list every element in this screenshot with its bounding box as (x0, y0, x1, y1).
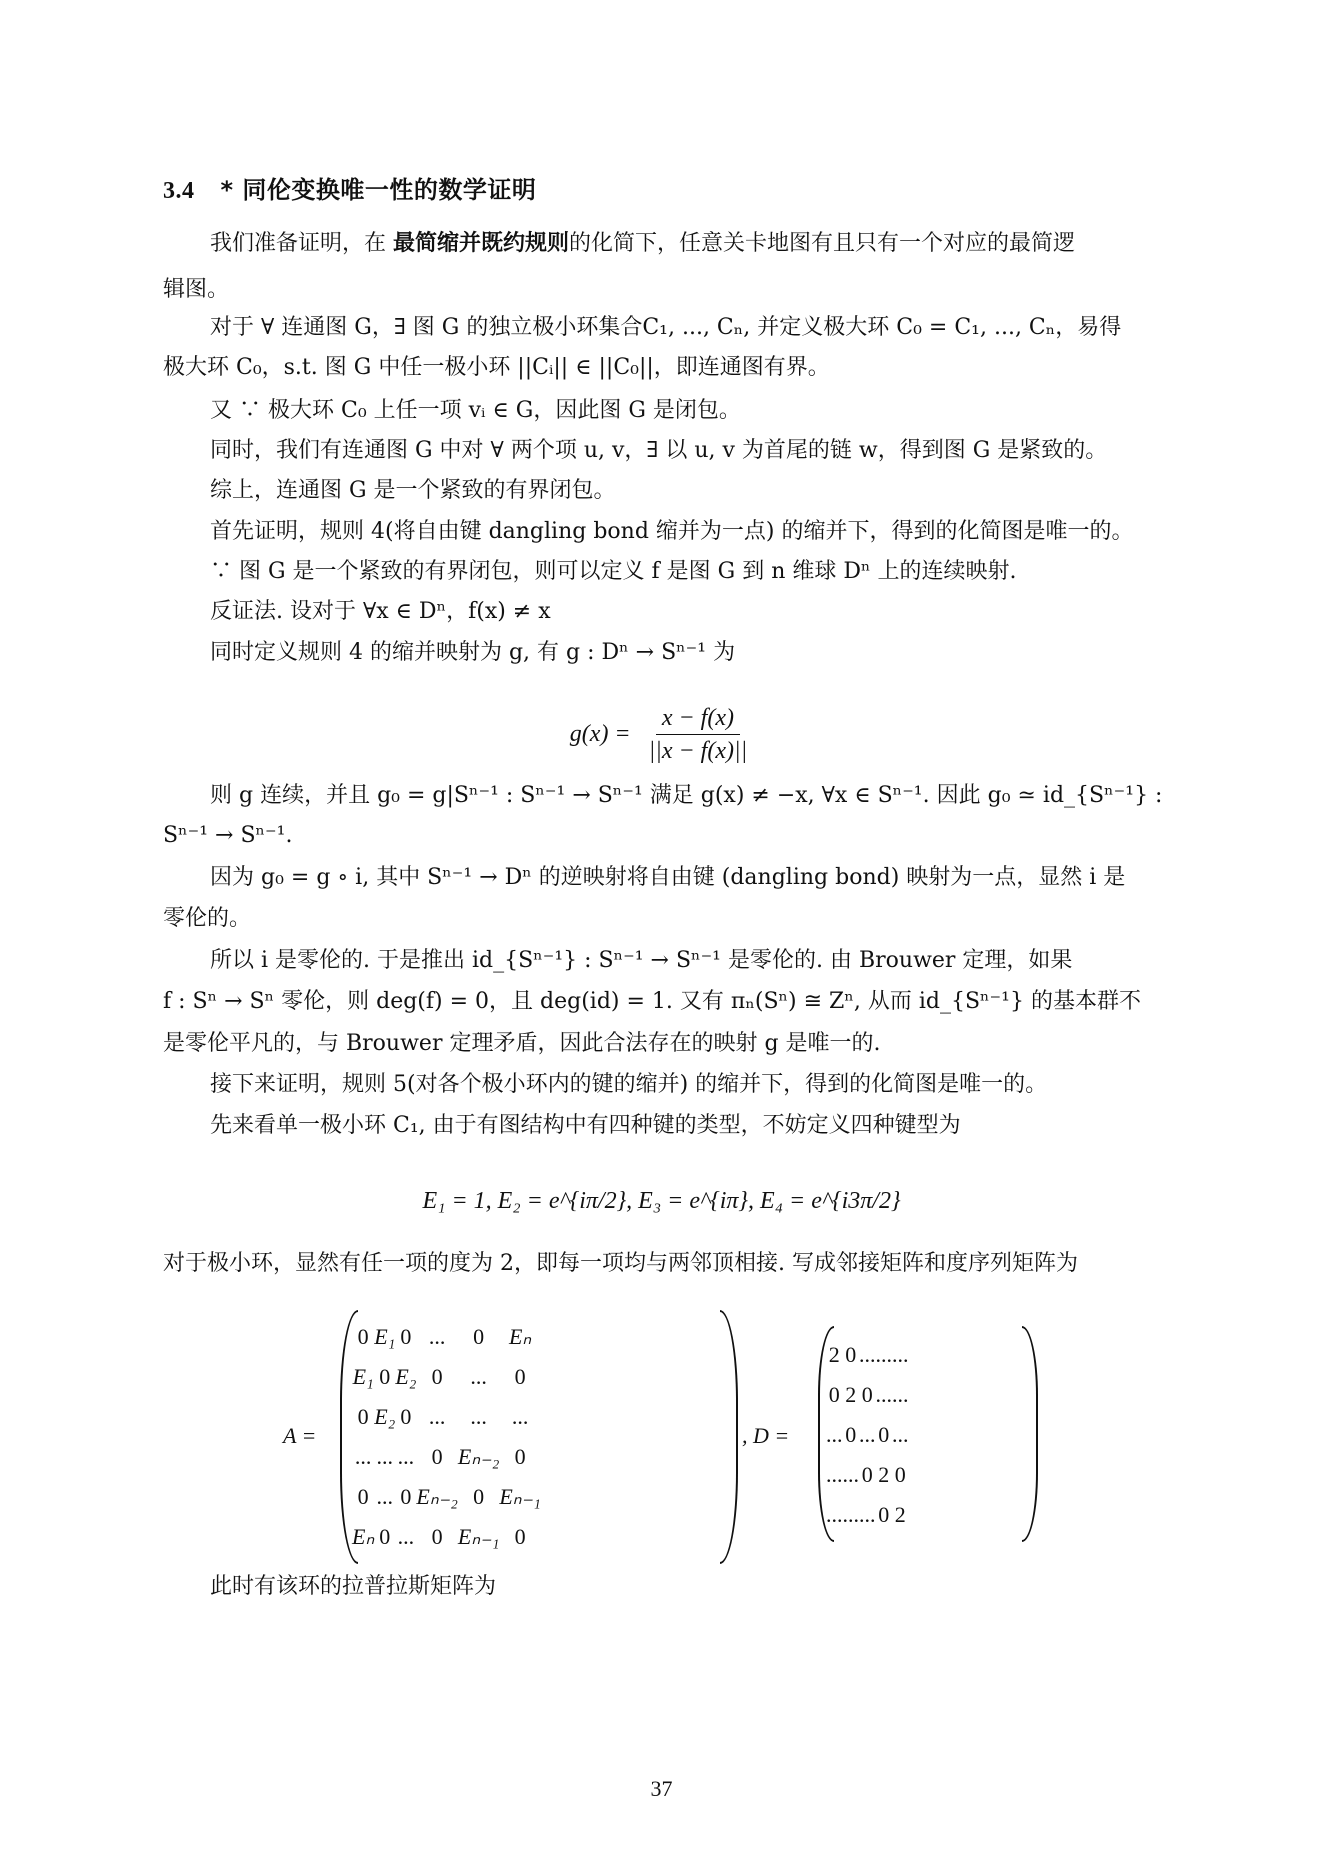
matrix-cell: Eₙ₋₁ (458, 1517, 499, 1557)
numerator: x − f(x) (656, 702, 740, 735)
matrix-cell: ... (499, 1397, 540, 1437)
paragraph-summary: 综上，连通图 G 是一个紧致的有界闭包。 (210, 477, 616, 505)
paragraph-g-continuous-cont: Sⁿ⁻¹ → Sⁿ⁻¹. (163, 822, 292, 850)
fraction: x − f(x) ||x − f(x)|| (643, 702, 754, 767)
matrix-cell: ... (374, 1437, 395, 1477)
matrix-cell: 0 (374, 1517, 395, 1557)
paragraph-bond-types: 先来看单一极小环 C₁, 由于有图结构中有四种键的类型，不妨定义四种键型为 (210, 1112, 961, 1140)
paragraph-composition-cont: 零伦的。 (163, 905, 251, 933)
matrix-cell: 0 (416, 1357, 457, 1397)
matrix-cell: ... (876, 1375, 893, 1415)
matrix-cell: ... (843, 1455, 860, 1495)
matrix-cell: ... (458, 1397, 499, 1437)
matrix-cell: ... (395, 1437, 416, 1477)
paragraph-intro-cont: 辑图。 (163, 276, 229, 304)
matrix-cell: 0 (859, 1455, 876, 1495)
denominator: ||x − f(x)|| (643, 735, 754, 767)
emphasis-rule-name: 最简缩并既约规则 (393, 231, 569, 256)
matrix-cell: ... (826, 1495, 843, 1535)
matrix-cell: 2 (876, 1455, 893, 1495)
paragraph-intro: 我们准备证明，在 最简缩并既约规则的化简下，任意关卡地图有且只有一个对应的最简逻 (210, 230, 1075, 258)
matrix-row: 0...0Eₙ₋₂0Eₙ₋₁ (352, 1477, 541, 1517)
matrix-cell: 2 (843, 1375, 860, 1415)
matrix-cell: 0 (892, 1455, 909, 1495)
matrix-cell: 0 (499, 1357, 540, 1397)
matrix-cell: 0 (458, 1477, 499, 1517)
matrix-cell: 0 (499, 1517, 540, 1557)
matrix-cell: E₂ (395, 1357, 416, 1397)
matrix-cell: Eₙ₋₂ (458, 1437, 499, 1477)
matrix-row: 20......... (826, 1335, 909, 1375)
paragraph-rule5: 接下来证明，规则 5(对各个极小环内的键的缩并) 的缩并下，得到的化简图是唯一的… (210, 1071, 1047, 1099)
matrix-cell: 0 (876, 1495, 893, 1535)
matrix-A-label: A = (283, 1423, 316, 1449)
equation-bond-types: E₁ = 1, E₂ = e^{iπ/2}, E₃ = e^{iπ}, E₄ =… (0, 1188, 1323, 1215)
paragraph-brouwer: 所以 i 是零伦的. 于是推出 id_{Sⁿ⁻¹} : Sⁿ⁻¹ → Sⁿ⁻¹ … (210, 947, 1072, 975)
paragraph-continuous-map: ∵ 图 G 是一个紧致的有界闭包，则可以定义 f 是图 G 到 n 维球 Dⁿ … (210, 558, 1017, 586)
paragraph-contradiction: 反证法. 设对于 ∀x ∈ Dⁿ，f(x) ≠ x (210, 598, 551, 626)
text: 我们准备证明，在 (210, 231, 393, 256)
paragraph-compact: 同时，我们有连通图 G 中对 ∀ 两个项 u, v，∃ 以 u, v 为首尾的链… (210, 437, 1107, 465)
matrix-cell: ... (458, 1357, 499, 1397)
paragraph-connected-graph-cont: 极大环 C₀，s.t. 图 G 中任一极小环 ||Cᵢ|| ∈ ||C₀||，即… (163, 354, 830, 382)
matrix-cell: 0 (416, 1517, 457, 1557)
matrix-D: 20.........020.........0...0.........020… (826, 1335, 909, 1535)
matrix-cell: ... (892, 1375, 909, 1415)
matrix-cell: 0 (395, 1397, 416, 1437)
matrix-D-label: , D = (742, 1423, 789, 1449)
document-page: 3.4* 同伦变换唯一性的数学证明 我们准备证明，在 最简缩并既约规则的化简下，… (0, 0, 1323, 1871)
paragraph-connected-graph: 对于 ∀ 连通图 G，∃ 图 G 的独立极小环集合C₁, ..., Cₙ, 并定… (210, 314, 1121, 342)
equation-g: g(x) = x − f(x) ||x − f(x)|| (0, 702, 1323, 767)
matrix-cell: ... (859, 1335, 876, 1375)
matrix-cell: 0 (395, 1317, 416, 1357)
paragraph-laplacian: 此时有该环的拉普拉斯矩阵为 (210, 1573, 496, 1601)
matrix-cell: ... (859, 1415, 876, 1455)
matrix-cell: 0 (876, 1415, 893, 1455)
paragraph-composition: 因为 g₀ = g ∘ i, 其中 Sⁿ⁻¹ → Dⁿ 的逆映射将自由键 (da… (210, 864, 1125, 892)
matrix-cell: 0 (352, 1397, 374, 1437)
matrix-cell: ... (416, 1317, 457, 1357)
matrix-row: 020...... (826, 1375, 909, 1415)
matrix-cell: 0 (499, 1437, 540, 1477)
paragraph-brouwer-cont2: 是零伦平凡的，与 Brouwer 定理矛盾，因此合法存在的映射 g 是唯一的. (163, 1030, 881, 1058)
matrix-cell: 0 (826, 1375, 843, 1415)
matrix-cell: 2 (826, 1335, 843, 1375)
matrix-cell: ... (892, 1415, 909, 1455)
paragraph-closure: 又 ∵ 极大环 C₀ 上任一项 vᵢ ∈ G，因此图 G 是闭包。 (210, 397, 741, 425)
section-heading: 3.4* 同伦变换唯一性的数学证明 (163, 170, 536, 205)
right-paren (720, 1310, 738, 1564)
matrix-cell: ... (416, 1397, 457, 1437)
matrix-cell: 0 (859, 1375, 876, 1415)
matrix-cell: Eₙ (499, 1317, 540, 1357)
matrix-row: 0E₁0...0Eₙ (352, 1317, 541, 1357)
matrix-cell: ... (876, 1335, 893, 1375)
paragraph-adjacency: 对于极小环，显然有任一项的度为 2，即每一项均与两邻顶相接. 写成邻接矩阵和度序… (163, 1250, 1078, 1278)
text: 的化简下，任意关卡地图有且只有一个对应的最简逻 (569, 231, 1075, 256)
matrix-cell: ... (826, 1455, 843, 1495)
matrix-cell: ... (352, 1437, 374, 1477)
matrix-cell: 0 (352, 1317, 374, 1357)
paragraph-define-g: 同时定义规则 4 的缩并映射为 g, 有 g : Dⁿ → Sⁿ⁻¹ 为 (210, 639, 735, 667)
matrix-row: ...0...0... (826, 1415, 909, 1455)
matrix-row: ......020 (826, 1455, 909, 1495)
matrix-row: Eₙ0...0Eₙ₋₁0 (352, 1517, 541, 1557)
matrix-row: 0E₂0......... (352, 1397, 541, 1437)
matrix-cell: E₂ (374, 1397, 395, 1437)
matrix-cell: 0 (352, 1477, 374, 1517)
matrix-row: E₁0E₂0...0 (352, 1357, 541, 1397)
matrix-row: .........02 (826, 1495, 909, 1535)
matrix-cell: Eₙ (352, 1517, 374, 1557)
matrix-cell: Eₙ₋₂ (416, 1477, 457, 1517)
paragraph-rule4: 首先证明，规则 4(将自由键 dangling bond 缩并为一点) 的缩并下… (210, 518, 1134, 546)
matrix-cell: 2 (892, 1495, 909, 1535)
matrix-cell: E₁ (352, 1357, 374, 1397)
matrix-cell: 0 (843, 1415, 860, 1455)
matrix-A: 0E₁0...0EₙE₁0E₂0...00E₂0................… (352, 1317, 541, 1557)
matrix-row: .........0Eₙ₋₂0 (352, 1437, 541, 1477)
matrix-cell: 0 (843, 1335, 860, 1375)
matrix-cell: 0 (416, 1437, 457, 1477)
paragraph-g-continuous: 则 g 连续，并且 g₀ = g|Sⁿ⁻¹ : Sⁿ⁻¹ → Sⁿ⁻¹ 满足 g… (210, 782, 1162, 810)
matrix-cell: ... (892, 1335, 909, 1375)
matrix-cell: ... (843, 1495, 860, 1535)
matrix-cell: ... (395, 1517, 416, 1557)
matrix-cell: ... (374, 1477, 395, 1517)
equation-lhs: g(x) = (570, 721, 631, 747)
right-paren (1022, 1326, 1038, 1542)
matrix-cell: 0 (395, 1477, 416, 1517)
matrix-cell: 0 (458, 1317, 499, 1357)
matrix-cell: 0 (374, 1357, 395, 1397)
section-number: 3.4 (163, 178, 195, 204)
page-number: 37 (0, 1776, 1323, 1802)
matrix-cell: ... (826, 1415, 843, 1455)
matrix-cell: E₁ (374, 1317, 395, 1357)
section-title: * 同伦变换唯一性的数学证明 (221, 176, 537, 204)
matrix-cell: Eₙ₋₁ (499, 1477, 540, 1517)
matrix-cell: ... (859, 1495, 876, 1535)
paragraph-brouwer-cont1: f : Sⁿ → Sⁿ 零伦，则 deg(f) = 0，且 deg(id) = … (163, 988, 1141, 1016)
